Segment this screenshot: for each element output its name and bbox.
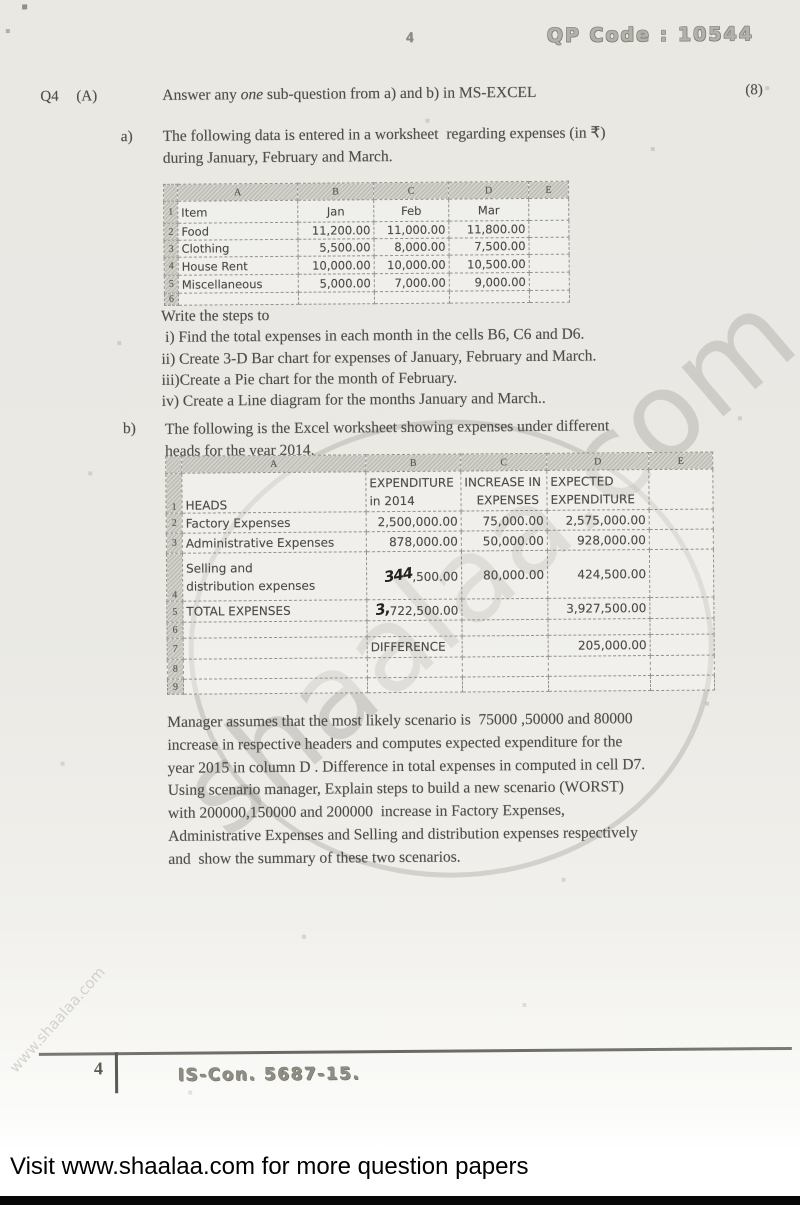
spreadsheet-cell	[650, 655, 714, 676]
spreadsheet-cell: House Rent	[178, 256, 298, 275]
spreadsheet-cell	[178, 292, 298, 305]
row-number: 6	[164, 293, 178, 305]
cell-line: distribution expenses	[186, 576, 363, 595]
spreadsheet-cell: Mar	[449, 198, 529, 221]
spreadsheet-cell: 3,722,500.00	[367, 599, 462, 621]
header-line: EXPENDITURE	[550, 490, 645, 509]
spreadsheet-cell: 50,000.00	[461, 530, 547, 551]
spreadsheet-cell	[649, 529, 713, 550]
column-letter: C	[461, 453, 547, 471]
corner-cell	[166, 456, 182, 473]
spreadsheet-cell: INCREASE IN EXPENSES	[461, 470, 547, 511]
scan-paper-background: shaalaa.com www.shaalaa.com 4 QP Code : …	[0, 0, 800, 1150]
spreadsheet-cell	[462, 676, 548, 692]
spreadsheet-cell	[529, 220, 569, 237]
corner-cell	[164, 184, 178, 201]
header-line: EXPECTED	[550, 472, 645, 491]
spreadsheet-cell	[529, 290, 569, 302]
spreadsheet-cell: 11,200.00	[298, 222, 374, 240]
row-number: 1	[166, 473, 182, 513]
spreadsheet-cell: Feb	[374, 199, 449, 222]
column-letter: C	[374, 182, 449, 200]
spreadsheet-cell	[548, 619, 650, 636]
spreadsheet-cell: 10,000.00	[298, 256, 374, 275]
sub-question-b-label: b)	[123, 420, 136, 438]
steps-list: Write the steps to i) Find the total exp…	[161, 301, 792, 412]
row-number: 2	[164, 223, 178, 240]
spreadsheet-cell: 80,000.00	[461, 550, 547, 599]
spreadsheet-cell: 344,500.00	[366, 551, 461, 600]
spreadsheet-cell: 7,500.00	[449, 237, 529, 255]
header-line: EXPENDITURE	[369, 473, 457, 492]
spreadsheet-cell	[183, 621, 367, 638]
spreadsheet-cell: 7,000.00	[374, 273, 449, 292]
spreadsheet-cell	[529, 237, 569, 254]
spreadsheet-cell: 75,000.00	[461, 510, 547, 531]
spreadsheet-cell	[650, 675, 714, 691]
spreadsheet-cell	[462, 598, 548, 620]
scanned-question-paper-page: shaalaa.com www.shaalaa.com 4 QP Code : …	[0, 0, 800, 1205]
spreadsheet-cell	[649, 469, 713, 510]
row-number: 2	[166, 513, 182, 533]
spreadsheet-cell	[462, 619, 548, 636]
spreadsheet-cell: 10,500.00	[449, 254, 529, 273]
row-number: 3	[166, 533, 182, 553]
spreadsheet-cell: 11,800.00	[449, 220, 529, 238]
spreadsheet-cell: 928,000.00	[547, 530, 649, 551]
header-line: EXPENSES	[464, 490, 543, 509]
spreadsheet-cell: 8,000.00	[374, 238, 449, 256]
spreadsheet-cell: 5,500.00	[298, 239, 374, 257]
spreadsheet-cell	[367, 677, 462, 693]
row-number: 9	[167, 679, 183, 694]
question-text-prefix: Answer any	[162, 86, 240, 104]
sub-a-intro-line-2: during January, February and March.	[163, 143, 783, 170]
spreadsheet-cell: Clothing	[178, 239, 298, 257]
spreadsheet-cell	[183, 678, 367, 694]
column-letter: A	[182, 455, 366, 473]
spreadsheet-cell: 11,000.00	[374, 221, 449, 239]
spreadsheet-cell	[529, 254, 569, 272]
worksheet-a: A B C D E 1 Item Jan Feb Mar 2 Food	[163, 181, 570, 306]
spreadsheet-cell	[367, 620, 462, 637]
cell-value: 722,500.00	[390, 604, 459, 619]
spreadsheet-cell: Food	[178, 222, 298, 240]
spreadsheet-cell: DIFFERENCE	[367, 636, 462, 658]
column-letter: E	[649, 452, 713, 470]
spreadsheet-cell	[462, 635, 548, 657]
column-letter: E	[529, 181, 569, 198]
qp-code-label: QP Code : 10544	[547, 23, 754, 47]
footer-divider-line	[39, 1047, 792, 1056]
spreadsheet-cell	[650, 597, 714, 619]
cell-value: ,500.00	[412, 569, 458, 583]
column-letter: B	[366, 454, 461, 472]
row-number: 1	[164, 201, 178, 223]
footer-vertical-tick	[115, 1052, 118, 1093]
spreadsheet-cell	[548, 676, 650, 692]
row-number: 3	[164, 240, 178, 257]
worksheet-a-row: 1 Item Jan Feb Mar	[164, 198, 569, 223]
column-letter: B	[298, 183, 374, 201]
spreadsheet-cell: Item	[178, 200, 298, 223]
paper-code: IS-Con. 5687-15.	[178, 1064, 361, 1085]
sub-question-a-intro: The following data is entered in a works…	[163, 121, 783, 170]
question-part: (A)	[76, 88, 97, 105]
spreadsheet-cell	[183, 637, 367, 659]
spreadsheet-cell	[529, 198, 569, 220]
spreadsheet-cell	[367, 657, 462, 678]
question-text-italic: one	[241, 86, 264, 103]
spreadsheet-cell: HEADS	[182, 472, 366, 513]
row-number: 4	[164, 257, 178, 275]
spreadsheet-cell	[529, 272, 569, 290]
spreadsheet-cell	[298, 292, 374, 305]
column-letter: D	[449, 181, 529, 199]
spreadsheet-cell	[183, 658, 367, 679]
spreadsheet-cell: 9,000.00	[449, 272, 529, 291]
question-text-suffix: sub-question from a) and b) in MS-EXCEL	[263, 84, 537, 103]
scan-content: shaalaa.com www.shaalaa.com 4 QP Code : …	[0, 0, 800, 1153]
column-letter: D	[547, 453, 649, 471]
spreadsheet-cell	[650, 618, 714, 635]
spreadsheet-cell: Jan	[298, 200, 374, 223]
spreadsheet-cell: Administrative Expenses	[182, 532, 366, 553]
row-number: 7	[167, 638, 183, 659]
row-number: 5	[167, 601, 183, 622]
paragraph-line: and show the summary of these two scenar…	[168, 844, 778, 872]
spreadsheet-cell: EXPECTED EXPENDITURE	[547, 470, 649, 511]
spreadsheet-cell: 424,500.00	[547, 550, 649, 599]
handwritten-correction: 344	[383, 563, 414, 585]
site-footer-text: Visit www.shaalaa.com for more question …	[10, 1153, 528, 1181]
spreadsheet-cell: 5,000.00	[298, 274, 374, 293]
spreadsheet-cell: Selling and distribution expenses	[182, 552, 366, 601]
spreadsheet-cell: 10,000.00	[374, 255, 449, 274]
question-number: Q4	[40, 89, 58, 106]
spreadsheet-cell: 878,000.00	[366, 531, 461, 552]
spreadsheet-cell	[649, 549, 713, 598]
spreadsheet-cell: 2,500,000.00	[366, 511, 461, 532]
spreadsheet-cell	[649, 509, 713, 530]
page-number-top: 4	[406, 30, 414, 47]
row-number: 4	[166, 553, 182, 601]
row-number: 6	[167, 622, 183, 638]
spreadsheet-cell: Factory Expenses	[182, 512, 366, 533]
bottom-black-bar	[0, 1196, 800, 1205]
spreadsheet-cell: Miscellaneous	[178, 274, 298, 293]
spreadsheet-cell: 205,000.00	[548, 635, 650, 657]
sub-question-a-label: a)	[121, 128, 133, 146]
worksheet-b: A B C D E 1 HEADS EXPENDITURE in 2014 IN…	[165, 452, 715, 695]
worksheet-b-row: 4 Selling and distribution expenses 344,…	[166, 549, 713, 601]
spreadsheet-cell	[462, 656, 548, 677]
header-line: INCREASE IN	[464, 472, 543, 491]
column-letter: A	[178, 183, 298, 201]
spreadsheet-cell	[449, 290, 529, 303]
spreadsheet-cell: 3,927,500.00	[548, 598, 650, 620]
spreadsheet-cell: EXPENDITURE in 2014	[366, 471, 461, 512]
worksheet-b-header-row: 1 HEADS EXPENDITURE in 2014 INCREASE IN …	[166, 469, 713, 513]
cell-line: Selling and	[186, 558, 363, 577]
spreadsheet-cell: 2,575,000.00	[547, 510, 649, 531]
question-text: Answer any one sub-question from a) and …	[162, 84, 536, 105]
header-line: in 2014	[369, 491, 457, 510]
spreadsheet-cell: TOTAL EXPENSES	[183, 600, 367, 622]
spreadsheet-cell	[548, 656, 650, 677]
spreadsheet-cell	[374, 291, 449, 304]
handwritten-correction: 3,	[374, 599, 391, 619]
row-number: 8	[167, 659, 183, 679]
page-number-bottom: 4	[94, 1058, 103, 1079]
row-number: 5	[164, 275, 178, 293]
scenario-paragraph: Manager assumes that the most likely sce…	[167, 707, 778, 871]
spreadsheet-cell	[650, 634, 714, 656]
question-marks: (8)	[745, 82, 763, 99]
